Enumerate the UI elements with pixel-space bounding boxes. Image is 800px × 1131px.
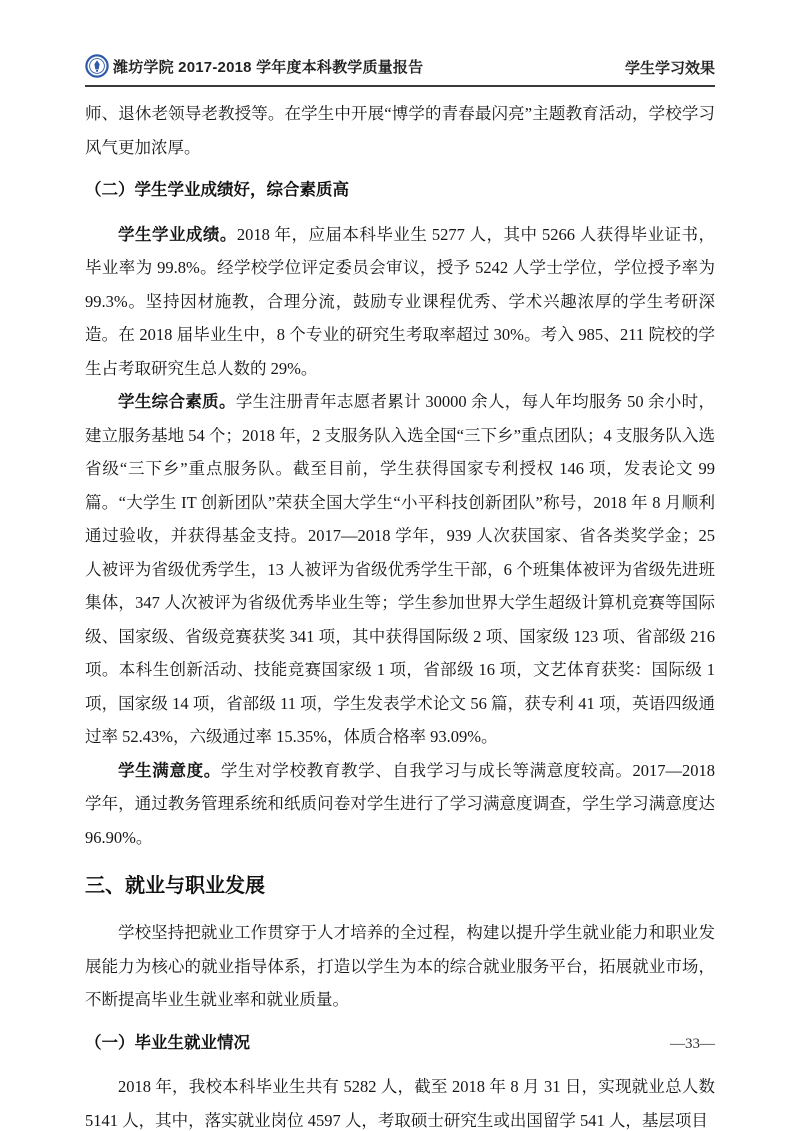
paragraph-employment-stats: 2018 年，我校本科毕业生共有 5282 人，截至 2018 年 8 月 31…	[85, 1070, 715, 1131]
section-heading-2: （二）学生学业成绩好，综合素质高	[85, 174, 715, 208]
document-page: 潍坊学院 2017-2018 学年度本科教学质量报告 学生学习效果 师、退休老领…	[0, 0, 800, 1131]
paragraph-body-quality: 学生注册青年志愿者累计 30000 余人，每人年均服务 50 余小时，建立服务基…	[85, 392, 715, 746]
section-heading-3: 三、就业与职业发展	[85, 868, 715, 904]
section-heading-3-1: （一）毕业生就业情况	[85, 1027, 715, 1061]
page-header: 潍坊学院 2017-2018 学年度本科教学质量报告 学生学习效果	[85, 54, 715, 87]
header-report-title: 潍坊学院 2017-2018 学年度本科教学质量报告	[113, 56, 423, 77]
paragraph-body-academic: 2018 年，应届本科毕业生 5277 人，其中 5266 人获得毕业证书，毕业…	[85, 225, 715, 378]
paragraph-comprehensive-quality: 学生综合素质。学生注册青年志愿者累计 30000 余人，每人年均服务 50 余小…	[85, 385, 715, 754]
paragraph-satisfaction: 学生满意度。学生对学校教育教学、自我学习与成长等满意度较高。2017—2018 …	[85, 754, 715, 855]
page-footer: —33—	[670, 1036, 715, 1053]
page-number: —33—	[670, 1036, 715, 1052]
header-left: 潍坊学院 2017-2018 学年度本科教学质量报告	[85, 54, 423, 78]
paragraph-continuation: 师、退休老领导老教授等。在学生中开展“博学的青春最闪亮”主题教育活动，学校学习风…	[85, 97, 715, 164]
university-logo-icon	[85, 54, 109, 78]
paragraph-lead-academic: 学生学业成绩。	[118, 225, 237, 244]
paragraph-lead-satisfaction: 学生满意度。	[118, 761, 221, 780]
header-section-label: 学生学习效果	[625, 57, 715, 78]
paragraph-lead-quality: 学生综合素质。	[118, 392, 236, 411]
paragraph-employment-intro: 学校坚持把就业工作贯穿于人才培养的全过程，构建以提升学生就业能力和职业发展能力为…	[85, 916, 715, 1017]
document-content: 师、退休老领导老教授等。在学生中开展“博学的青春最闪亮”主题教育活动，学校学习风…	[85, 97, 715, 1131]
paragraph-academic-results: 学生学业成绩。2018 年，应届本科毕业生 5277 人，其中 5266 人获得…	[85, 218, 715, 386]
